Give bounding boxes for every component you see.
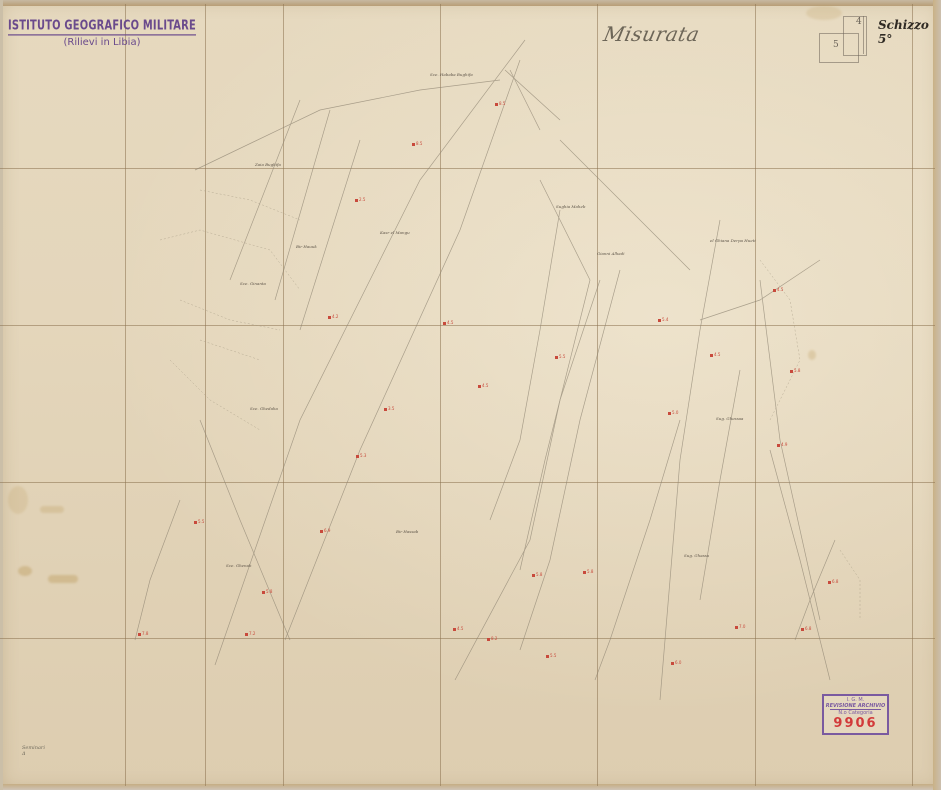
elevation-point: 5.3	[356, 453, 366, 458]
place-label: Sce. Ghedaha	[250, 406, 278, 411]
bottom-left-note: Seminari Δ	[22, 745, 45, 757]
elevation-point: 3.5	[384, 406, 394, 411]
elevation-point: 5.8	[790, 368, 800, 373]
place-label: Sce. Ginanta	[240, 281, 266, 286]
elevation-point: 4.5	[478, 383, 488, 388]
elevation-point: 4.9	[777, 442, 787, 447]
elevation-point: 5.4	[658, 317, 668, 322]
elevation-point: 2.5	[355, 197, 365, 202]
place-label: Bir Hassab	[396, 529, 418, 534]
place-label: Zaia Bughifa	[255, 162, 281, 167]
elevation-point: 4.5	[710, 352, 720, 357]
place-label: Kasr el Mangu	[380, 230, 410, 235]
elevation-point: 5.5	[555, 354, 565, 359]
index-diagram-label-5: 5	[833, 40, 839, 50]
index-diagram-label-4: 4	[856, 17, 862, 27]
place-label: el Ghiana Derpa Hueti	[710, 238, 756, 243]
archive-stamp-number: 9906	[824, 717, 887, 730]
elevation-point: 5.8	[262, 589, 272, 594]
elevation-point: 6.0	[671, 660, 681, 665]
sheet-reference: Schizzo 5°	[878, 18, 941, 46]
elevation-point: 7.0	[735, 624, 745, 629]
index-diagram-cell-5	[819, 33, 859, 63]
elevation-point: 4.5	[453, 626, 463, 631]
publisher-stamp: ISTITUTO GEOGRAFICO MILITARE (Rilievi in…	[8, 14, 196, 48]
publisher-stamp-line2: (Rilievi in Libia)	[8, 37, 196, 48]
publisher-stamp-line1: ISTITUTO GEOGRAFICO MILITARE	[8, 18, 196, 36]
elevation-point: 8.5	[412, 141, 422, 146]
map-sheet: ISTITUTO GEOGRAFICO MILITARE (Rilievi in…	[0, 0, 941, 790]
archive-stamp-line2: REVISIONE ARCHIVIO	[824, 703, 887, 709]
elevation-point: 5.5	[194, 519, 204, 524]
elevation-point: 5.8	[532, 572, 542, 577]
place-label: Sce. Hababa Bughifa	[430, 72, 473, 77]
elevation-point: 7.2	[245, 631, 255, 636]
place-label: Gianni Alhadi	[597, 251, 625, 256]
place-label: Sug. Ghessaa	[716, 416, 743, 421]
place-label: Sughia Maheb	[556, 204, 585, 209]
place-label: Sug. Ghassa	[684, 553, 709, 558]
elevation-point: 4.5	[773, 287, 783, 292]
elevation-point: 6.8	[828, 579, 838, 584]
elevation-point: 5.5	[546, 653, 556, 658]
elevation-point: 4.5	[443, 320, 453, 325]
elevation-point: 4.2	[328, 314, 338, 319]
map-title: Misurata	[601, 22, 702, 46]
survey-tracks	[0, 0, 941, 790]
place-label: Bir Hauuk	[296, 244, 317, 249]
archive-stamp: I. G. M. REVISIONE ARCHIVIO N.o Categori…	[822, 694, 889, 735]
elevation-point: 7.8	[138, 631, 148, 636]
elevation-point: 6.9	[320, 528, 330, 533]
elevation-point: 8.2	[487, 636, 497, 641]
elevation-point: 8.5	[495, 101, 505, 106]
elevation-point: 5.0	[668, 410, 678, 415]
elevation-point: 5.8	[583, 569, 593, 574]
place-label: Sce. Ghenah	[226, 563, 252, 568]
elevation-point: 6.8	[801, 626, 811, 631]
